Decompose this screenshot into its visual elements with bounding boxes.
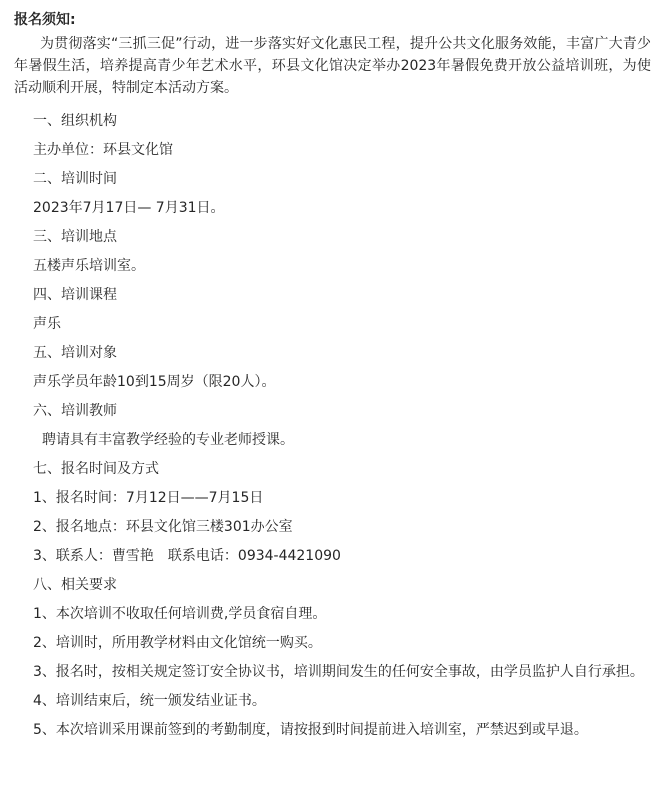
section-heading-7: 七、报名时间及方式 [14, 458, 651, 480]
doc-line: 4、培训结束后，统一颁发结业证书。 [14, 690, 651, 712]
doc-line: 2、培训时，所用教学材料由文化馆统一购买。 [14, 632, 651, 654]
doc-line: 聘请具有丰富教学经验的专业老师授课。 [14, 429, 651, 451]
document-page: { "page": { "background": "#ffffff", "te… [0, 0, 665, 795]
section-heading-1: 一、组织机构 [14, 110, 651, 132]
doc-line: 五楼声乐培训室。 [14, 255, 651, 277]
doc-line: 5、本次培训采用课前签到的考勤制度，请按报到时间提前进入培训室，严禁迟到或早退。 [14, 719, 651, 741]
section-heading-5: 五、培训对象 [14, 342, 651, 364]
doc-line: 声乐学员年龄10到15周岁（限20人）。 [14, 371, 651, 393]
doc-line: 2、报名地点：环县文化馆三楼301办公室 [14, 516, 651, 538]
doc-line: 3、报名时，按相关规定签订安全协议书，培训期间发生的任何安全事故，由学员监护人自… [14, 661, 651, 683]
intro-paragraph: 为贯彻落实“三抓三促”行动，进一步落实好文化惠民工程，提升公共文化服务效能，丰富… [14, 33, 651, 99]
doc-line: 1、本次培训不收取任何培训费,学员食宿自理。 [14, 603, 651, 625]
section-heading-4: 四、培训课程 [14, 284, 651, 306]
doc-line: 2023年7月17日— 7月31日。 [14, 197, 651, 219]
document: 报名须知: 为贯彻落实“三抓三促”行动，进一步落实好文化惠民工程，提升公共文化服… [0, 0, 665, 741]
section-heading-6: 六、培训教师 [14, 400, 651, 422]
section-heading-2: 二、培训时间 [14, 168, 651, 190]
doc-title: 报名须知: [14, 10, 651, 30]
doc-line: 3、联系人：曹雪艳 联系电话：0934-4421090 [14, 545, 651, 567]
section-heading-8: 八、相关要求 [14, 574, 651, 596]
section-heading-3: 三、培训地点 [14, 226, 651, 248]
doc-line: 1、报名时间：7月12日——7月15日 [14, 487, 651, 509]
doc-line: 主办单位：环县文化馆 [14, 139, 651, 161]
doc-line: 声乐 [14, 313, 651, 335]
